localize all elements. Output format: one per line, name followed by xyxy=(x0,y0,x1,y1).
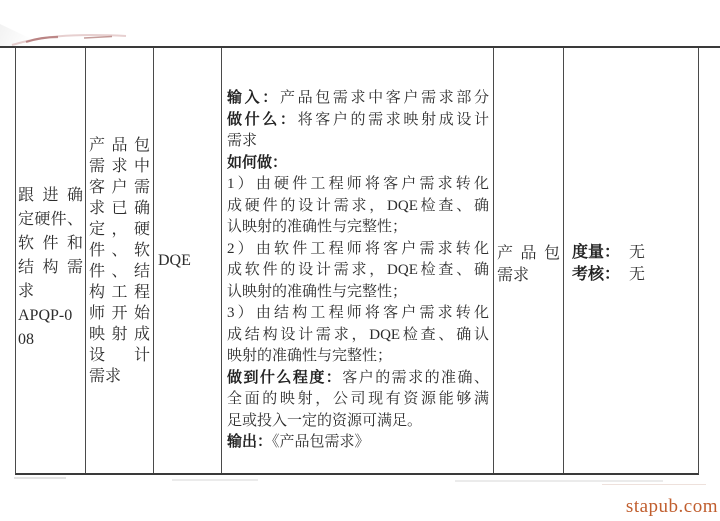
cell-entry-condition: 产品包需求中客户需求已确定，硬件、软件、结构工程师开始映射成设计需求 xyxy=(86,48,154,473)
assessment-row: 考核：无 xyxy=(572,264,698,286)
cell-metrics: 度量：无 考核：无 xyxy=(564,48,698,473)
text-line: 需求中 xyxy=(89,156,150,177)
text-line: 产品包 xyxy=(89,135,150,156)
text-line: 产品包 xyxy=(497,243,560,265)
pen-mark-icon xyxy=(8,28,133,48)
text-line: 需求 xyxy=(227,131,489,153)
scan-noise xyxy=(602,484,706,485)
text-line: 求 xyxy=(18,280,83,304)
text-line: 3）由结构工程师将客户需求转化 xyxy=(227,303,489,325)
deliverable-text: 产品包需求 xyxy=(497,243,560,287)
text-line: 2）由软件工程师将客户需求转化 xyxy=(227,239,489,261)
metric-value: 无 xyxy=(629,244,645,261)
text-line: 跟进确 xyxy=(18,184,83,208)
text-line: 08 xyxy=(18,328,83,352)
text-line: 件、软 xyxy=(89,240,150,261)
text-line: 做到什么程度：客户的需求的准确、 xyxy=(227,368,489,390)
text-line: 输出：《产品包需求》 xyxy=(227,432,489,454)
text-line: 师开始 xyxy=(89,303,150,324)
text-line: 映射的准确性与完整性； xyxy=(227,346,489,368)
text-line: 成软件的设计需求，DQE检查、确 xyxy=(227,260,489,282)
scan-noise xyxy=(14,477,66,479)
text-line: 求已确 xyxy=(89,198,150,219)
scan-noise xyxy=(455,480,663,482)
text-line: 设计 xyxy=(89,345,150,366)
text-line: APQP-0 xyxy=(18,304,83,328)
assessment-label: 考核： xyxy=(572,266,620,283)
text-line: 软件和 xyxy=(18,232,83,256)
text-line: 需求 xyxy=(89,366,150,387)
text-line: 定硬件、 xyxy=(18,208,83,232)
owner-role-label: DQE xyxy=(158,252,191,270)
scan-noise xyxy=(172,479,258,481)
metrics-block: 度量：无 考核：无 xyxy=(572,242,698,286)
cell-deliverable: 产品包需求 xyxy=(494,48,564,473)
text-line: 映射成 xyxy=(89,324,150,345)
text-line: 1）由硬件工程师将客户需求转化 xyxy=(227,174,489,196)
metric-row: 度量：无 xyxy=(572,242,698,264)
text-line: 如何做： xyxy=(227,153,489,175)
cell-owner-role: DQE xyxy=(154,48,222,473)
text-line: 件、结 xyxy=(89,261,150,282)
text-line: 需求 xyxy=(497,265,560,287)
text-line: 成结构设计需求，DQE检查、确认 xyxy=(227,325,489,347)
text-line: 构工程 xyxy=(89,282,150,303)
activity-detail-text: 输入：产品包需求中客户需求部分做什么：将客户的需求映射成设计需求如何做：1）由硬… xyxy=(227,88,489,454)
task-text: 跟进确定硬件、软件和结构需求APQP-008 xyxy=(18,184,83,352)
process-table: 跟进确定硬件、软件和结构需求APQP-008 产品包需求中客户需求已确定，硬件、… xyxy=(15,48,699,475)
cell-activity-detail: 输入：产品包需求中客户需求部分做什么：将客户的需求映射成设计需求如何做：1）由硬… xyxy=(222,48,494,473)
watermark: stapub.com xyxy=(626,496,718,518)
text-line: 客户需 xyxy=(89,177,150,198)
document-page: 跟进确定硬件、软件和结构需求APQP-008 产品包需求中客户需求已确定，硬件、… xyxy=(0,0,720,521)
metric-label: 度量： xyxy=(572,244,620,261)
text-line: 认映射的准确性与完整性； xyxy=(227,217,489,239)
text-line: 全面的映射，公司现有资源能够满 xyxy=(227,389,489,411)
text-line: 定，硬 xyxy=(89,219,150,240)
text-line: 做什么：将客户的需求映射成设计 xyxy=(227,110,489,132)
text-line: 认映射的准确性与完整性； xyxy=(227,282,489,304)
cell-task-id: 跟进确定硬件、软件和结构需求APQP-008 xyxy=(16,48,86,473)
text-line: 成硬件的设计需求，DQE检查、确 xyxy=(227,196,489,218)
text-line: 输入：产品包需求中客户需求部分 xyxy=(227,88,489,110)
entry-condition-text: 产品包需求中客户需求已确定，硬件、软件、结构工程师开始映射成设计需求 xyxy=(89,135,150,387)
text-line: 足或投入一定的资源可满足。 xyxy=(227,411,489,433)
assessment-value: 无 xyxy=(629,266,645,283)
text-line: 结构需 xyxy=(18,256,83,280)
